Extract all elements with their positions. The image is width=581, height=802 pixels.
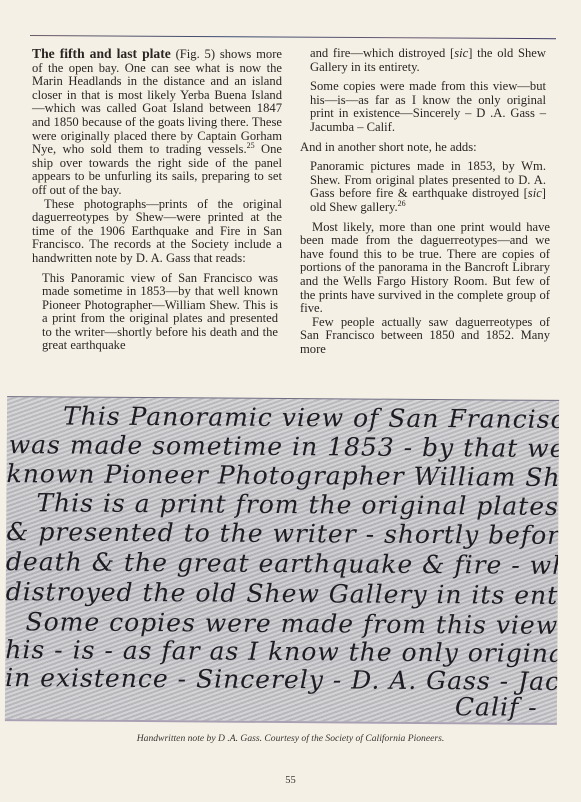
handwritten-line: Calif - xyxy=(455,692,538,722)
footnote-ref: 25 xyxy=(247,141,255,150)
footnote-ref: 26 xyxy=(398,199,406,208)
block-quote-panoramic: Panoramic pictures made in 1853, by Wm. … xyxy=(310,160,546,214)
lead-in: The fifth and last plate xyxy=(32,46,171,61)
handwritten-line: death & the great earthquake & fire - wh… xyxy=(6,547,559,580)
handwritten-line: known Pioneer Photographer William Shew … xyxy=(6,459,559,492)
paragraph-fifth-plate: The fifth and last plate (Fig. 5) shows … xyxy=(32,47,282,198)
header-rule xyxy=(30,35,556,39)
block-quote-continuation: and fire—which distroyed [sic] the old S… xyxy=(310,47,546,74)
block-quote-copies: Some copies were made from this view—but… xyxy=(310,80,546,134)
handwritten-line: This Panoramic view of San Francisco - xyxy=(63,401,559,434)
paragraph-another-note: And in another short note, he adds: xyxy=(300,141,550,155)
left-column: The fifth and last plate (Fig. 5) shows … xyxy=(32,47,282,359)
page-number: 55 xyxy=(0,775,581,786)
block-quote-gass-note: This Panoramic view of San Francisco was… xyxy=(42,272,278,354)
right-column: and fire—which distroyed [sic] the old S… xyxy=(300,47,550,356)
handwritten-note-image: This Panoramic view of San Francisco - w… xyxy=(5,396,559,725)
paragraph-most-likely: Most likely, more than one print would h… xyxy=(300,221,550,316)
figure-caption: Handwritten note by D .A. Gass. Courtesy… xyxy=(0,733,581,744)
handwritten-line: distroyed the old Shew Gallery in its en… xyxy=(6,577,559,610)
handwritten-line: was made sometime in 1853 - by that well xyxy=(9,430,559,463)
paragraph-photographs: These photographs—prints of the original… xyxy=(32,198,282,266)
handwritten-line: & presented to the writer - shortly befo… xyxy=(6,517,559,550)
paragraph-few-people: Few people actually saw daguerreotypes o… xyxy=(300,316,550,357)
handwritten-line: This is a print from the original plates xyxy=(36,488,559,521)
